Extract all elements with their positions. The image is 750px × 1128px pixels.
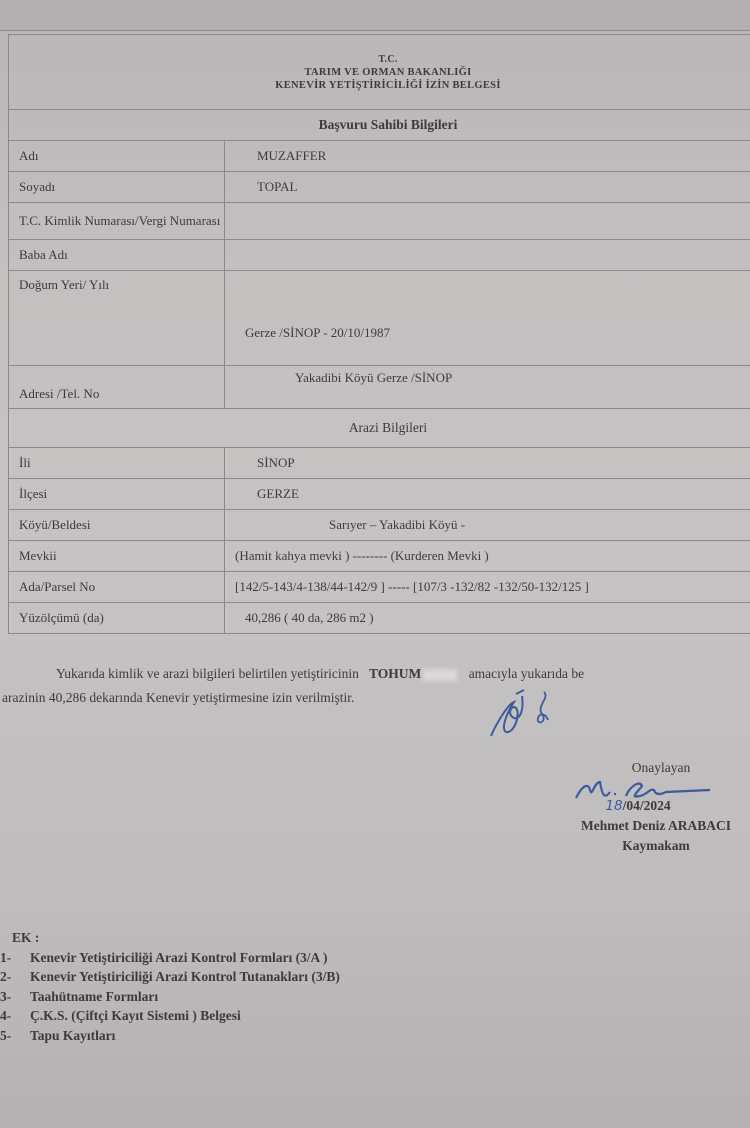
table-row: T.C. Kimlik Numarası/Vergi Numarası (9, 203, 750, 240)
field-value-area: 40,286 ( 40 da, 286 m2 ) (225, 603, 750, 634)
field-label: Ada/Parsel No (9, 572, 225, 603)
field-value-birth: Gerze /SİNOP - 20/10/1987 (225, 271, 750, 366)
attachment-item: 1-Kenevir Yetiştiriciliği Arazi Kontrol … (0, 948, 340, 968)
document-header: T.C. TARIM VE ORMAN BAKANLIĞI KENEVİR YE… (9, 35, 750, 110)
table-row: Baba Adı (9, 240, 750, 271)
field-label: T.C. Kimlik Numarası/Vergi Numarası (9, 203, 225, 240)
land-section-title: Arazi Bilgileri (9, 409, 750, 448)
attachment-item: 5-Tapu Kayıtları (0, 1026, 340, 1046)
field-label: Mevkii (9, 541, 225, 572)
field-value-name: MUZAFFER (225, 141, 750, 172)
attachments-list: EK : 1-Kenevir Yetiştiriciliği Arazi Kon… (0, 928, 340, 1045)
applicant-section-title: Başvuru Sahibi Bilgileri (9, 110, 750, 141)
field-value-id-number (225, 203, 750, 240)
field-label: Köyü/Beldesi (9, 510, 225, 541)
statement-text: Yukarıda kimlik ve arazi bilgileri belir… (56, 666, 359, 681)
field-label: İli (9, 448, 225, 479)
field-label: Doğum Yeri/ Yılı (9, 271, 225, 366)
table-row: İli SİNOP (9, 448, 750, 479)
field-label: İlçesi (9, 479, 225, 510)
paper-edge (0, 0, 750, 31)
field-value-province: SİNOP (225, 448, 750, 479)
table-row: Soyadı TOPAL (9, 172, 750, 203)
field-label: Baba Adı (9, 240, 225, 271)
redacted-text (423, 669, 457, 681)
approver-signature-icon (570, 772, 720, 806)
table-row: Yüzölçümü (da) 40,286 ( 40 da, 286 m2 ) (9, 603, 750, 634)
table-row: İlçesi GERZE (9, 479, 750, 510)
table-row: Doğum Yeri/ Yılı Gerze /SİNOP - 20/10/19… (9, 271, 750, 366)
header-ministry: TARIM VE ORMAN BAKANLIĞI (9, 66, 750, 79)
table-row: Köyü/Beldesi Sarıyer – Yakadibi Köyü - (9, 510, 750, 541)
field-value-village: Sarıyer – Yakadibi Köyü - (225, 510, 750, 541)
field-value-father-name (225, 240, 750, 271)
approver-title: Kaymakam (536, 836, 750, 856)
header-tc: T.C. (9, 53, 750, 66)
permit-statement: Yukarıda kimlik ve arazi bilgileri belir… (0, 662, 750, 710)
table-row: Mevkii (Hamit kahya mevki ) -------- (Ku… (9, 541, 750, 572)
statement-text-continued: amacıyla yukarıda be (469, 666, 584, 681)
field-value-parcel: [142/5-143/4-138/44-142/9 ] ----- [107/3… (225, 572, 750, 603)
attachment-item: 4-Ç.K.S. (Çiftçi Kayıt Sistemi ) Belgesi (0, 1006, 340, 1026)
header-title: KENEVİR YETİŞTİRİCİLİĞİ İZİN BELGESİ (9, 79, 750, 92)
table-row: Adresi /Tel. No Yakadibi Köyü Gerze /SİN… (9, 366, 750, 409)
permit-form-table: T.C. TARIM VE ORMAN BAKANLIĞI KENEVİR YE… (8, 34, 750, 634)
statement-line-2: arazinin 40,286 dekarında Kenevir yetişt… (0, 686, 750, 710)
field-value-address: Yakadibi Köyü Gerze /SİNOP (225, 366, 750, 409)
attachments-heading: EK : (0, 928, 340, 948)
field-value-locality: (Hamit kahya mevki ) -------- (Kurderen … (225, 541, 750, 572)
field-label: Adı (9, 141, 225, 172)
table-row: Adı MUZAFFER (9, 141, 750, 172)
field-label: Adresi /Tel. No (9, 366, 225, 409)
attachment-item: 3-Taahütname Formları (0, 987, 340, 1007)
table-row: Ada/Parsel No [142/5-143/4-138/44-142/9 … (9, 572, 750, 603)
approver-name: Mehmet Deniz ARABACI (536, 816, 750, 836)
field-label: Soyadı (9, 172, 225, 203)
attachment-item: 2-Kenevir Yetiştiriciliği Arazi Kontrol … (0, 967, 340, 987)
statement-keyword: TOHUM (369, 666, 421, 681)
field-value-district: GERZE (225, 479, 750, 510)
initials-signature-icon (486, 684, 566, 744)
field-label: Yüzölçümü (da) (9, 603, 225, 634)
field-value-surname: TOPAL (225, 172, 750, 203)
